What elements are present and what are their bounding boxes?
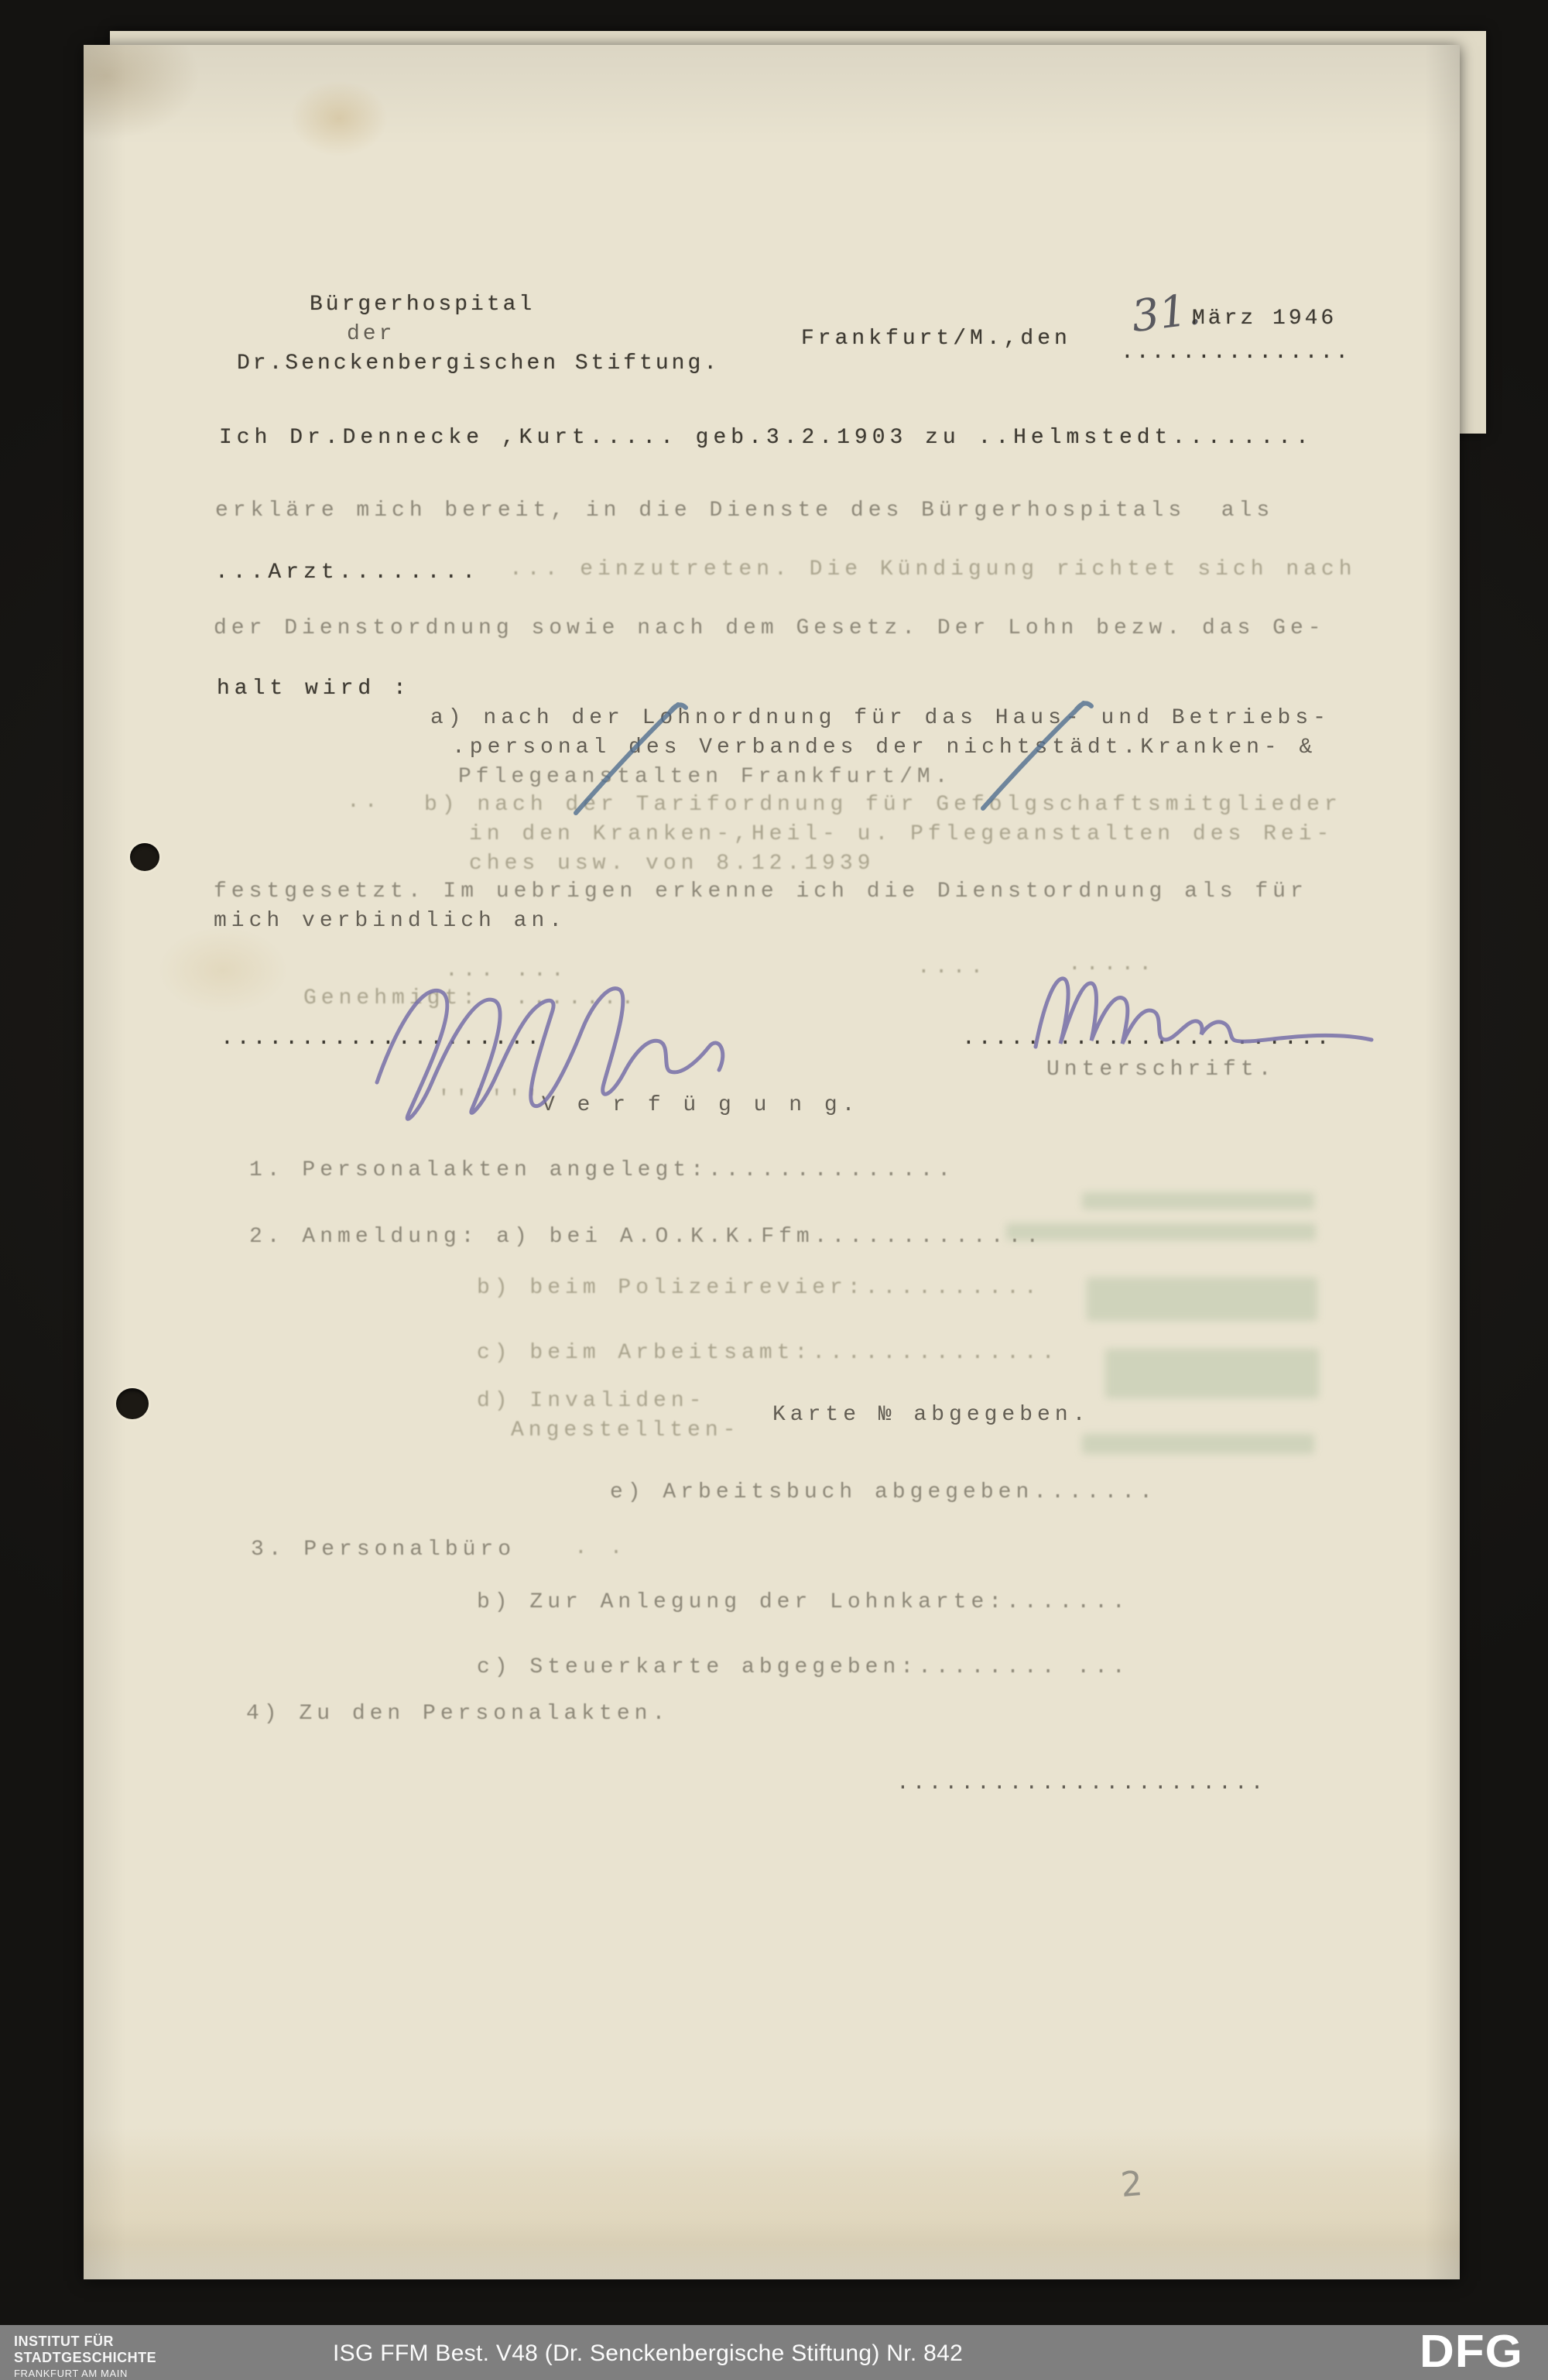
body-line: .personal des Verbandes der nichtstädt.K…: [452, 737, 1317, 759]
pencil-page-number: 2: [1119, 2164, 1144, 2205]
trailing-dotted-rule: .......................: [896, 1773, 1266, 1795]
verfuegung-item-2c: c) beim Arbeitsamt:..............: [477, 1343, 1060, 1364]
body-line: erkläre mich bereit, in die Dienste des …: [215, 500, 1274, 522]
body-line-clause-b: b) nach der Tarifordnung für Gefolgschaf…: [424, 794, 1342, 816]
body-line-clause-a: a) nach der Lohnordnung für das Haus- un…: [430, 708, 1331, 729]
bleed-through-text: [1006, 1223, 1316, 1240]
verfuegung-item-2e: e) Arbeitsbuch abgegeben.......: [610, 1482, 1157, 1504]
body-line-name: Ich Dr.Dennecke ,Kurt..... geb.3.2.1903 …: [219, 427, 1313, 449]
bleed-through-text: [1087, 1277, 1317, 1321]
dfg-logo: DFG: [1420, 2326, 1523, 2378]
verfuegung-item-4: 4) Zu den Personalakten.: [246, 1703, 670, 1725]
verfuegung-item-1: 1. Personalakten angelegt:..............: [249, 1160, 955, 1181]
dateline-dotted-rule: ...............: [1121, 342, 1351, 364]
body-line: ... einzutreten. Die Kündigung richtet s…: [509, 559, 1357, 581]
stray-marks: '''''': [437, 1089, 543, 1110]
signature-rule-left: ....................: [221, 1028, 543, 1050]
dateline-place: Frankfurt/M.,den: [801, 328, 1071, 350]
verfuegung-item-3b: b) Zur Anlegung der Lohnkarte:.......: [477, 1592, 1130, 1614]
body-line: ches usw. von 8.12.1939: [469, 853, 875, 875]
stray-dots: ... ...: [445, 960, 569, 982]
archive-scan-page: Bürgerhospital der Dr.Senckenbergischen …: [0, 0, 1548, 2380]
stray-dots: ..: [347, 791, 382, 813]
institute-logo-text: INSTITUT FÜR STADTGESCHICHTE FRANKFURT A…: [14, 2334, 156, 2380]
signature-caption: Unterschrift.: [1046, 1059, 1276, 1081]
bleed-through-text: [1082, 1192, 1314, 1209]
verfuegung-item-3: 3. Personalbüro: [251, 1539, 515, 1561]
dateline-month-year: März 1946: [1192, 308, 1337, 330]
verfuegung-item-2b: b) beim Polizeirevier:..........: [477, 1277, 1042, 1299]
body-line: halt wird :: [217, 678, 411, 700]
approved-label: Genehmigt: .......: [303, 988, 639, 1010]
body-line: der Dienstordnung sowie nach dem Gesetz.…: [214, 618, 1326, 640]
stray-dots: ....: [917, 957, 988, 979]
bleed-through-text: [1105, 1349, 1319, 1398]
signature-rule-right: .......................: [962, 1028, 1332, 1050]
verfuegung-item-3c: c) Steuerkarte abgegeben:........ ...: [477, 1657, 1130, 1679]
institute-line1: INSTITUT FÜR: [14, 2334, 156, 2350]
letterhead-der: der: [347, 324, 395, 345]
body-line: mich verbindlich an.: [214, 911, 567, 932]
institute-line2: STADTGESCHICHTE: [14, 2350, 156, 2366]
institute-line3: FRANKFURT AM MAIN: [14, 2367, 156, 2380]
bleed-through-text: [1082, 1434, 1314, 1454]
verfuegung-item-2d: d) Invaliden-: [477, 1391, 706, 1412]
karte-note: Karte № abgegeben.: [772, 1404, 1090, 1426]
stray-dots: . .: [574, 1538, 627, 1559]
body-line: festgesetzt. Im uebrigen erkenne ich die…: [214, 881, 1308, 903]
verfuegung-item-2: 2. Anmeldung: a) bei A.O.K.K.Ffm........…: [249, 1226, 1043, 1248]
letterhead-hospital: Bürgerhospital: [310, 294, 535, 316]
verfuegung-item-2d2: Angestellten-: [511, 1420, 740, 1442]
body-line: in den Kranken-,Heil- u. Pflegeanstalten…: [469, 824, 1334, 845]
punch-hole-top: [130, 843, 159, 871]
letterhead-stiftung: Dr.Senckenbergischen Stiftung.: [237, 353, 720, 375]
archive-reference-label: ISG FFM Best. V48 (Dr. Senckenbergische …: [333, 2341, 963, 2367]
stray-dots: .....: [1068, 954, 1156, 976]
body-line-arzt: ...Arzt........: [215, 562, 498, 584]
punch-hole-bottom: [116, 1388, 149, 1419]
verfuegung-heading: V e r f ü g u n g.: [542, 1095, 859, 1116]
body-line: Pflegeanstalten Frankfurt/M.: [458, 766, 952, 788]
